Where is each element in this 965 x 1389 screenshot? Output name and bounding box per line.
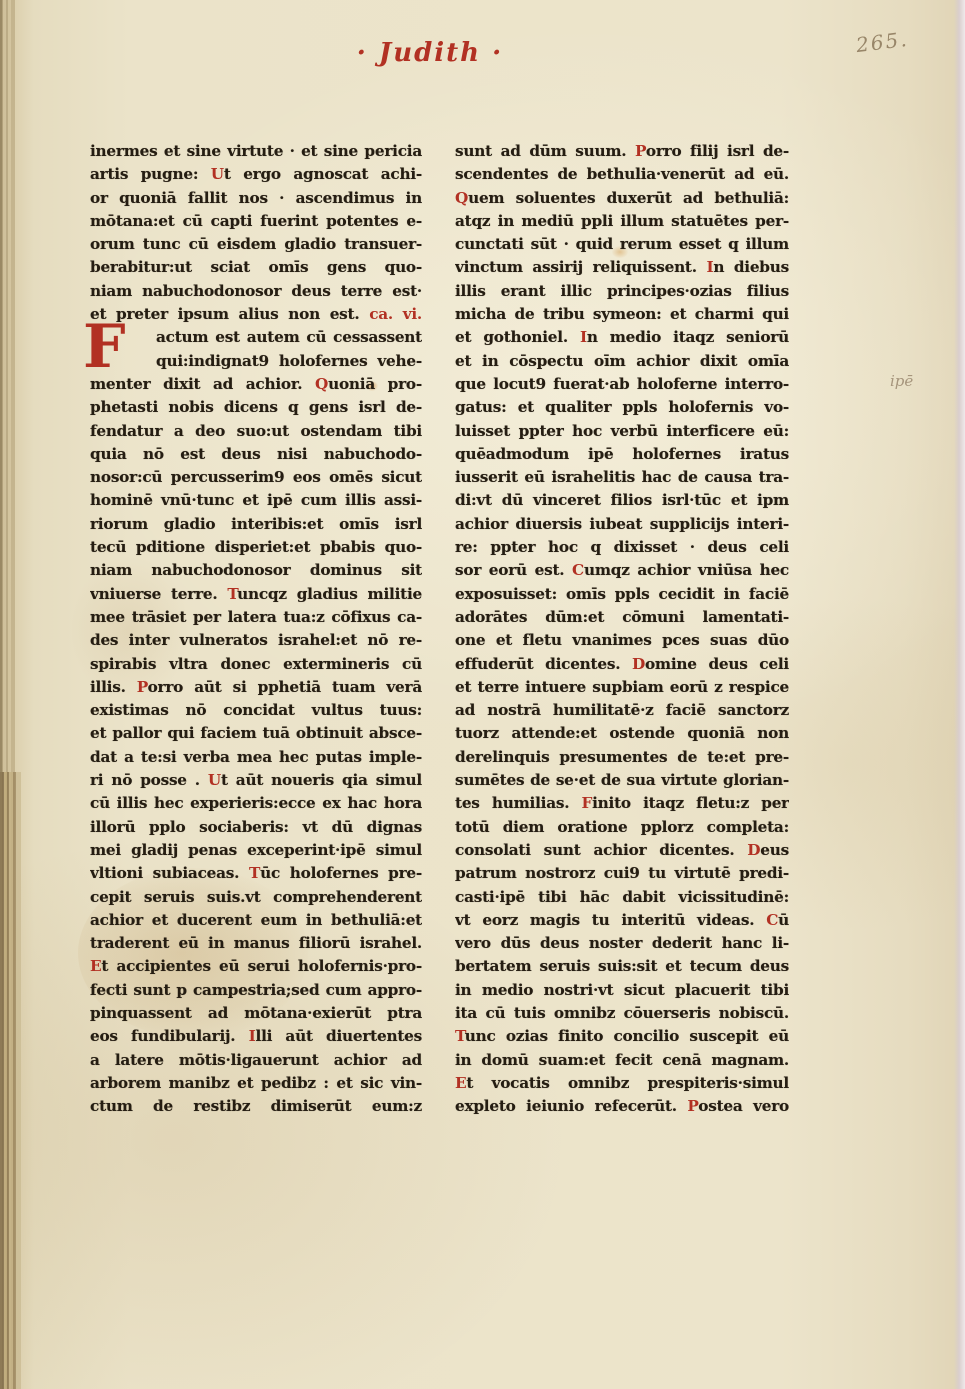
- text-line: et terre intuere supbiam eorū z respice: [455, 676, 789, 699]
- text-line: luisset ppter hoc verbū interficere eū: …: [455, 420, 789, 443]
- text-line: illorū pplo sociaberis: vt dū dignas: [90, 816, 422, 839]
- text-line: vero dūs deus noster dederit hanc li-: [455, 932, 789, 955]
- text-line: in domū suam:et fecit cenā magnam.: [455, 1049, 789, 1072]
- text-line: berabitur:ut sciat omīs gens quo-: [90, 256, 422, 279]
- text-line: vinctum assirij reliquissent. In diebus: [455, 256, 789, 279]
- text-line: illis erant illic principes·ozias filius: [455, 280, 789, 303]
- text-line: quia nō est deus nisi nabuchodo-: [90, 443, 422, 466]
- folio-number: 265.: [855, 27, 910, 57]
- text-line: patrum nostrorz cui9 tu virtutē predi-: [455, 862, 789, 885]
- text-line: sumētes de se·et de sua virtute glorian-: [455, 769, 789, 792]
- text-line: casti·ipē tibi hāc dabit vicissitudinē:: [455, 886, 789, 909]
- text-line: mee trāsiet per latera tua:z cōfixus ca-: [90, 606, 422, 629]
- text-line: Et vocatis omnibz prespiteris·simul: [455, 1072, 789, 1095]
- text-line: cunctati sūt · quid rerum esset q illum: [455, 233, 789, 256]
- text-line: sunt ad dūm suum. Porro filij isrl de-: [455, 140, 789, 163]
- text-line: arborem manibz et pedibz : et sic vin-: [90, 1072, 422, 1095]
- text-line: ctum de restibz dimiserūt eum:z reuersi: [90, 1095, 422, 1118]
- text-line: mōtana:et cū capti fuerint potentes e-: [90, 210, 422, 233]
- running-header: · Judith ·: [357, 38, 503, 68]
- text-line: fecti sunt p campestria;sed cum appro-: [90, 979, 422, 1002]
- text-line: et gothoniel. In medio itaqz seniorū: [455, 326, 789, 349]
- text-line: atqz in mediū ppli illum statuētes per-: [455, 210, 789, 233]
- text-line: artis pugne: Ut ergo agnoscat achi-: [90, 163, 422, 186]
- text-line: di:vt dū vinceret filios isrl·tūc et ipm: [455, 489, 789, 512]
- text-line: existimas nō concidat vultus tuus:: [90, 699, 422, 722]
- marginal-note: ipē: [890, 372, 913, 390]
- text-line: one et fletu vnanimes pces suas dūo: [455, 629, 789, 652]
- text-line: spirabis vltra donec extermineris cū: [90, 653, 422, 676]
- text-line: expleto ieiunio refecerūt. Postea vero: [455, 1095, 789, 1118]
- text-line: phetasti nobis dicens q gens isrl de-: [90, 396, 422, 419]
- text-line: fendatur a deo suo:ut ostendam tibi: [90, 420, 422, 443]
- text-line: hominē vnū·tunc et ipē cum illis assi-: [90, 489, 422, 512]
- text-line: inermes et sine virtute · et sine perici…: [90, 140, 422, 163]
- text-line: qui:indignat9 holofernes vehe-: [90, 350, 422, 373]
- text-line: vniuerse terre. Tuncqz gladius militie: [90, 583, 422, 606]
- text-line: cū illis hec experieris:ecce ex hac hora: [90, 792, 422, 815]
- text-line: vt eorz magis tu interitū videas. Cū: [455, 909, 789, 932]
- text-line: ita cū tuis omnibz cōuerseris nobiscū.: [455, 1002, 789, 1025]
- text-line: or quoniā fallit nos · ascendimus in: [90, 187, 422, 210]
- text-line: et preter ipsum alius non est. ca. vi.: [90, 303, 422, 326]
- text-line: gatus: et qualiter ppls holofernis vo-: [455, 396, 789, 419]
- text-line: et in cōspectu oīm achior dixit omīa: [455, 350, 789, 373]
- text-line: derelinquis presumentes de te:et pre-: [455, 746, 789, 769]
- text-line: consolati sunt achior dicentes. Deus: [455, 839, 789, 862]
- text-line: quēadmodum ipē holofernes iratus: [455, 443, 789, 466]
- text-line: adorātes dūm:et cōmuni lamentati-: [455, 606, 789, 629]
- text-line: pinquassent ad mōtana·exierūt ptra: [90, 1002, 422, 1025]
- text-line: totū diem oratione pplorz completa:: [455, 816, 789, 839]
- text-line: des inter vulneratos israhel:et nō re-: [90, 629, 422, 652]
- text-line: orum tunc cū eisdem gladio transuer-: [90, 233, 422, 256]
- text-line: eos fundibularij. Illi aūt diuertentes: [90, 1025, 422, 1048]
- text-line: cepit seruis suis.vt comprehenderent: [90, 886, 422, 909]
- text-line: Quem soluentes duxerūt ad bethuliā:: [455, 187, 789, 210]
- text-line: illis. Porro aūt si pphetiā tuam verā: [90, 676, 422, 699]
- text-line: scendentes de bethulia·venerūt ad eū.: [455, 163, 789, 186]
- text-line: tes humilias. Finito itaqz fletu:z per: [455, 792, 789, 815]
- text-line: nosor:cū percusserim9 eos omēs sicut: [90, 466, 422, 489]
- page-edge-left-lower: [0, 772, 21, 1389]
- text-line: achior diuersis iubeat supplicijs interi…: [455, 513, 789, 536]
- text-line: sor eorū est. Cumqz achior vniūsa hec: [455, 559, 789, 582]
- text-line: exposuisset: omīs ppls cecidit in faciē: [455, 583, 789, 606]
- text-line: tecū pditione disperiet:et pbabis quo-: [90, 536, 422, 559]
- text-line: mei gladij penas exceperint·ipē simul: [90, 839, 422, 862]
- text-column-right: sunt ad dūm suum. Porro filij isrl de-sc…: [455, 140, 789, 1118]
- text-line: achior et ducerent eum in bethuliā:et: [90, 909, 422, 932]
- text-line: in medio nostri·vt sicut placuerit tibi: [455, 979, 789, 1002]
- text-line: menter dixit ad achior. Quoniā pro-: [90, 373, 422, 396]
- text-line: re: ppter hoc q dixisset · deus celi def…: [455, 536, 789, 559]
- text-line: micha de tribu symeon: et charmi qui: [455, 303, 789, 326]
- text-line: Tunc ozias finito concilio suscepit eū: [455, 1025, 789, 1048]
- text-line: niam nabuchodonosor dominus sit: [90, 559, 422, 582]
- text-line: que locut9 fuerat·ab holoferne interro-: [455, 373, 789, 396]
- text-line: niam nabuchodonosor deus terre est·: [90, 280, 422, 303]
- text-line: traderent eū in manus filiorū israhel.: [90, 932, 422, 955]
- text-line: actum est autem cū cessassent lo-: [90, 326, 422, 349]
- page-edge-line: [0, 0, 2, 1389]
- text-line: Et accipientes eū serui holofernis·pro-: [90, 955, 422, 978]
- text-line: dat a te:si verba mea hec putas imple-: [90, 746, 422, 769]
- text-line: bertatem seruis suis:sit et tecum deus: [455, 955, 789, 978]
- text-line: a latere mōtis·ligauerunt achior ad: [90, 1049, 422, 1072]
- manuscript-page: · Judith · 265. ipē F inermes et sine vi…: [0, 0, 965, 1389]
- text-line: vltioni subiaceas. Tūc holofernes pre-: [90, 862, 422, 885]
- text-line: effuderūt dicentes. Domine deus celi: [455, 653, 789, 676]
- text-line: ad nostrā humilitatē·z faciē sanctorz: [455, 699, 789, 722]
- text-line: et pallor qui faciem tuā obtinuit absce-: [90, 722, 422, 745]
- text-line: riorum gladio interibis:et omīs isrl: [90, 513, 422, 536]
- text-line: tuorz attende:et ostende quoniā non: [455, 722, 789, 745]
- text-column-left: inermes et sine virtute · et sine perici…: [90, 140, 422, 1118]
- text-line: iusserit eū israhelitis hac de causa tra…: [455, 466, 789, 489]
- page-edge-right: [954, 0, 965, 1389]
- text-line: ri nō posse . Ut aūt noueris qia simul: [90, 769, 422, 792]
